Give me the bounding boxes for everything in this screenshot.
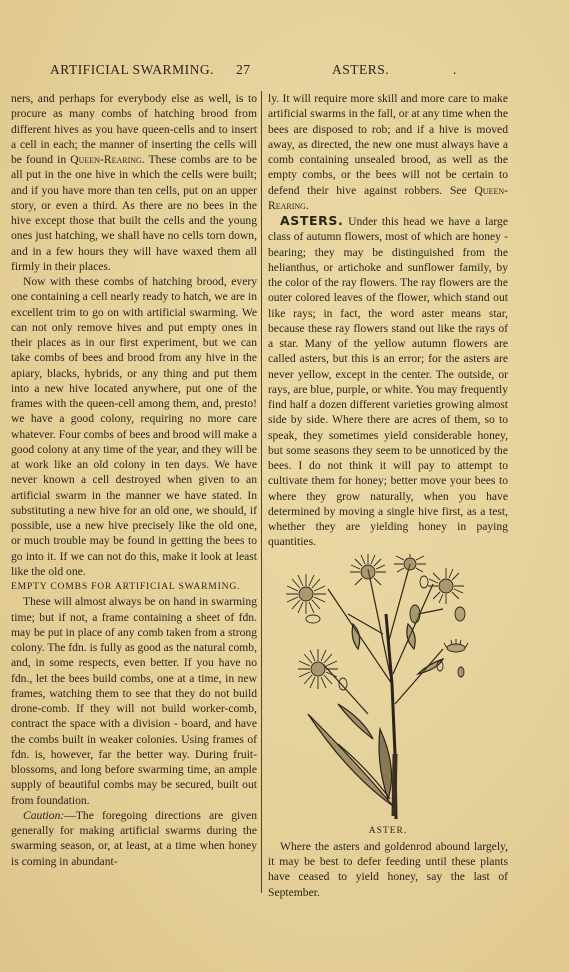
paragraph: ASTERS. Under this head we have a large …	[268, 213, 508, 550]
figure-caption: ASTER.	[268, 824, 508, 839]
cross-reference: Queen-Rearing.	[70, 153, 144, 166]
caution-label: Caution:	[23, 809, 64, 822]
page-number: 27	[236, 62, 251, 78]
section-subheading: EMPTY COMBS FOR ARTIFICIAL SWARMING.	[11, 579, 257, 594]
column-divider	[261, 91, 262, 893]
header-right-title: ASTERS.	[332, 62, 389, 78]
aster-flower-icon	[268, 554, 508, 824]
paragraph: ly. It will require more skill and more …	[268, 91, 508, 213]
header-left-title: ARTIFICIAL SWARMING.	[50, 62, 214, 78]
paragraph-text: ly. It will require more skill and more …	[268, 92, 508, 197]
paragraph: ners, and perhaps for everybody else as …	[11, 91, 257, 274]
header-mark: .	[453, 62, 457, 78]
aster-illustration	[268, 554, 508, 824]
entry-heading-asters: ASTERS.	[280, 213, 343, 228]
paragraph: These will almost always be on hand in s…	[11, 594, 257, 808]
left-column: ners, and perhaps for everybody else as …	[11, 91, 257, 869]
right-column: ly. It will require more skill and more …	[268, 91, 508, 900]
paragraph: Where the asters and goldenrod abound la…	[268, 839, 508, 900]
paragraph: Now with these combs of hatching brood, …	[11, 274, 257, 579]
paragraph: Caution:—The foregoing directions are gi…	[11, 808, 257, 869]
running-header: ARTIFICIAL SWARMING. 27 ASTERS. .	[0, 62, 569, 82]
paragraph-text: Under this head we have a large class of…	[268, 215, 508, 548]
paragraph-text: These combs are to be all put in the one…	[11, 153, 257, 273]
